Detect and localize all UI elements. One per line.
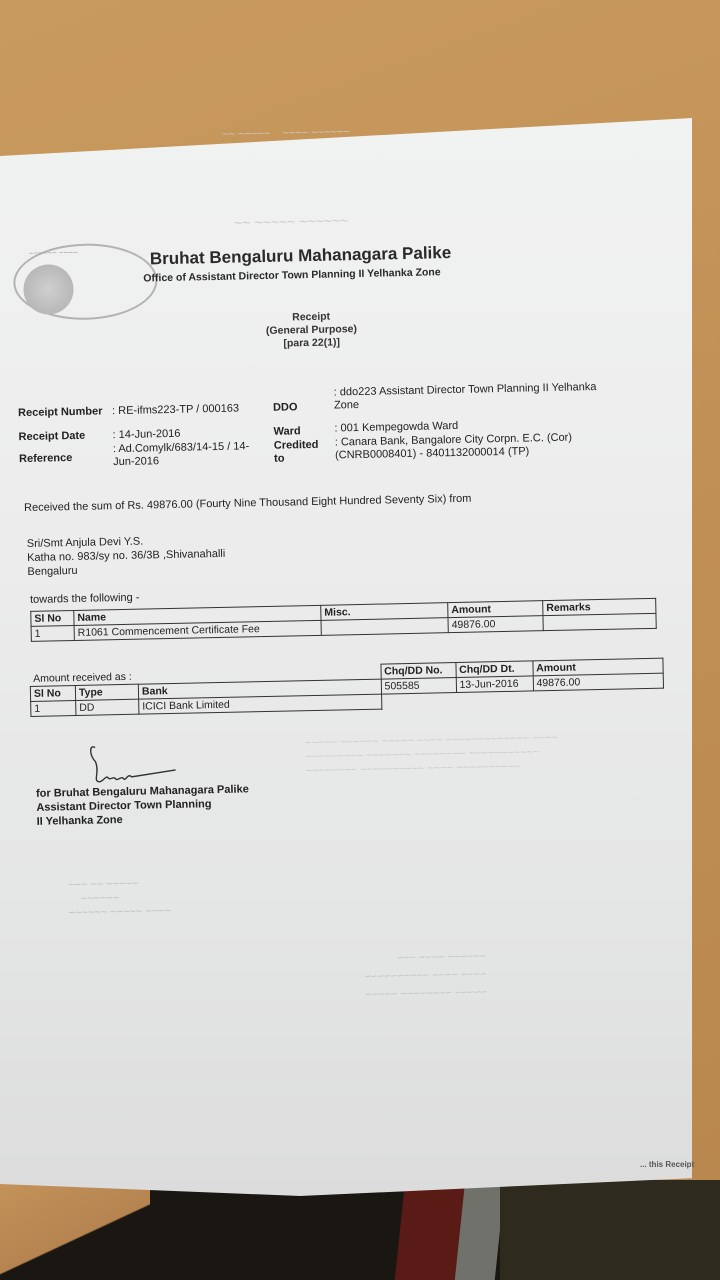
towards-label: towards the following - [30,591,140,607]
signatory-line-3: II Yelhanka Zone [37,810,250,828]
handwritten-signature-icon [87,740,178,786]
payer-address-line-1: Katha no. 983/sy no. 36/3B ,Shivanahalli [27,547,225,565]
header-chq-no: Chq/DD No. [381,663,456,680]
temple-emblem-icon [23,264,74,315]
credited-to-label: Credited to [274,439,330,466]
bleed-through-text: ~~ ~~~~~ ~~~~~~ [234,212,348,230]
ward-label: Ward [273,425,300,439]
cell-sl-no: 1 [31,700,76,716]
signatory-block: for Bruhat Bengaluru Mahanagara Palike A… [36,782,250,828]
receipt-para: [para 22(1)] [247,336,377,352]
credited-to-value: : Canara Bank, Bangalore City Corpn. E.C… [335,431,595,462]
header-chq-date: Chq/DD Dt. [456,661,533,678]
received-sum-line: Received the sum of Rs. 49876.00 (Fourty… [24,492,472,515]
receipt-number-label: Receipt Number [18,405,103,420]
receipt-heading: Receipt (General Purpose) [para 22(1)] [246,310,377,352]
reference-label: Reference [19,452,72,466]
organization-name: Bruhat Bengaluru Mahanagara Palike [150,243,452,269]
reference-value: : Ad.Comylk/683/14-15 / 14-Jun-2016 [113,440,269,469]
cell-sl-no: 1 [31,626,74,642]
header-sl-no: Sl No [30,686,75,702]
cell-chq-date: 13-Jun-2016 [456,676,533,693]
header-type: Type [75,684,138,700]
bleed-through-address: ~~~~~~ ~~~~ ~~~~~~~ ~~~~ ~~~~~~~~~~~~~~~… [364,947,487,1004]
cell-remarks [543,613,656,630]
payer-address-line-2: Bengaluru [27,564,77,579]
bleed-through-text: ~~ ~~~~~ ~~~~ ~~~~~~ [222,126,350,141]
office-name: Office of Assistant Director Town Planni… [143,266,441,284]
bleed-through-stamp: ~~~ ~~ ~~~~~ ~~~~~~~~~~~~ ~~~~~ ~~~~ [68,876,171,920]
cell-amount: 49876.00 [448,616,543,633]
receipt-date-value: : 14-Jun-2016 [112,428,180,442]
footer-fragment: ... this Receipt [640,1160,694,1169]
cell-chq-no: 505585 [381,678,456,695]
ddo-label: DDO [273,401,298,415]
receipt-number-value: : RE-ifms223-TP / 000163 [112,403,239,419]
bleed-through-text: ~~~~~ ~~~~~~ ~~~~~ ~~~~ ~~~~~~~~~~~~~ ~~… [305,731,559,778]
bbmp-emblem-seal-icon: ~~~~~~ ~~~~ [13,242,159,321]
ddo-value: : ddo223 Assistant Director Town Plannin… [334,380,624,412]
receipt-document: ~~ ~~~~~ ~~~~ ~~~~~~ ~~ ~~~~~ ~~~~~~ ~~~… [0,0,720,1280]
seal-text-icon: ~~~~~~ ~~~~ [29,248,78,258]
cell-misc [321,618,448,636]
header-sl-no: Sl No [31,611,74,627]
receipt-date-label: Receipt Date [18,430,85,444]
ward-value: : 001 Kempegowda Ward [334,420,458,436]
cell-type: DD [76,699,139,715]
payment-table: Amount received as : Chq/DD No. Chq/DD D… [30,658,665,717]
